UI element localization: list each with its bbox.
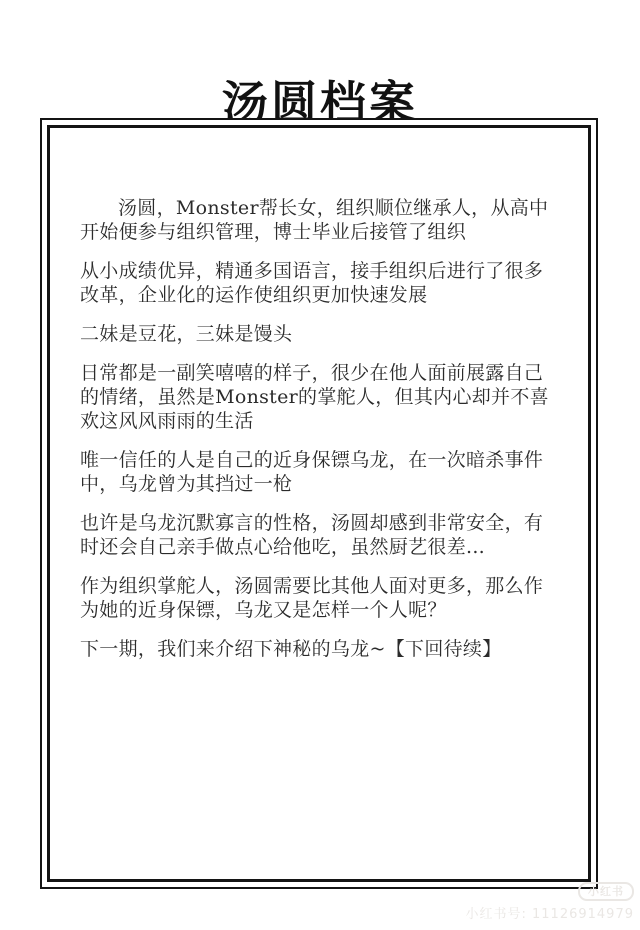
- inner-border: 汤圆，Monster帮长女，组织顺位继承人，从高中开始便参与组织管理，博士毕业后…: [47, 125, 591, 882]
- profile-paragraph-intro: 汤圆，Monster帮长女，组织顺位继承人，从高中开始便参与组织管理，博士毕业后…: [80, 196, 562, 244]
- xiaohongshu-watermark: 小红书 小红书号: 11126914979: [466, 880, 635, 922]
- profile-paragraph-personality: 日常都是一副笑嘻嘻的样子，很少在他人面前展露自己的情绪，虽然是Monster的掌…: [80, 361, 562, 433]
- xiaohongshu-badge: 小红书: [578, 882, 634, 901]
- profile-paragraph-trust: 也许是乌龙沉默寡言的性格，汤圆却感到非常安全，有时还会自己亲手做点心给他吃，虽然…: [80, 511, 562, 559]
- profile-paragraph-sisters: 二妹是豆花，三妹是馒头: [80, 322, 562, 346]
- double-border-frame: 汤圆，Monster帮长女，组织顺位继承人，从高中开始便参与组织管理，博士毕业后…: [40, 118, 598, 889]
- profile-paragraph-question: 作为组织掌舵人，汤圆需要比其他人面对更多，那么作为她的近身保镖，乌龙又是怎样一个…: [80, 574, 562, 622]
- profile-paragraph-skills: 从小成绩优异，精通多国语言，接手组织后进行了很多改革，企业化的运作使组织更加快速…: [80, 259, 562, 307]
- profile-paragraph-next-episode: 下一期，我们来介绍下神秘的乌龙~【下回待续】: [80, 637, 562, 661]
- character-profile-text: 汤圆，Monster帮长女，组织顺位继承人，从高中开始便参与组织管理，博士毕业后…: [80, 196, 562, 661]
- profile-paragraph-bodyguard: 唯一信任的人是自己的近身保镖乌龙，在一次暗杀事件中，乌龙曾为其挡过一枪: [80, 448, 562, 496]
- xiaohongshu-account-id: 小红书号: 11126914979: [466, 903, 635, 922]
